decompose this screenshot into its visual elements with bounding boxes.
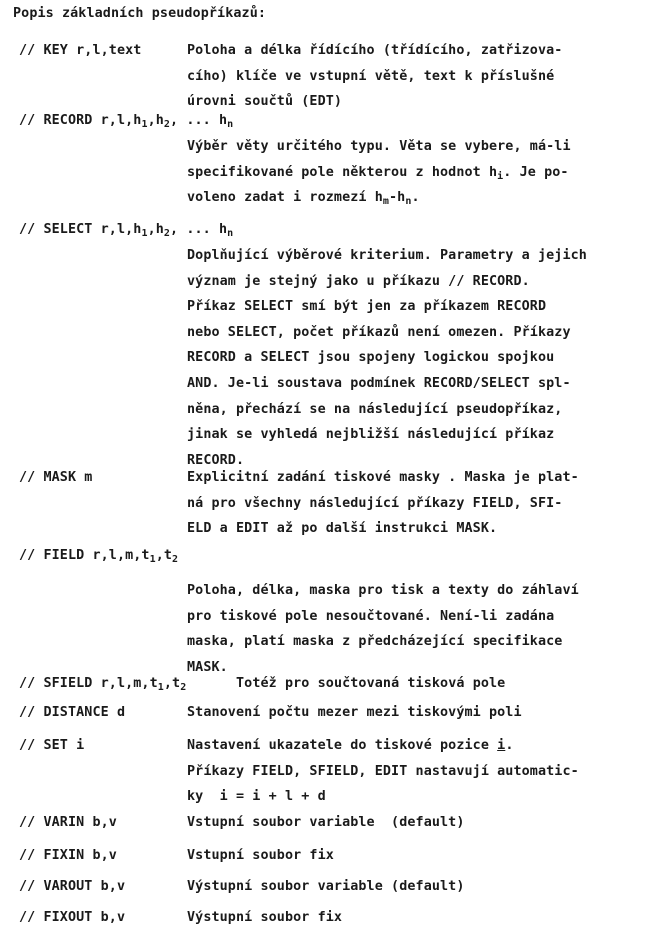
desc-line: Vstupní soubor variable (default) <box>187 810 657 836</box>
command-varin: // VARIN b,v <box>19 810 117 836</box>
desc-line: Stanovení počtu mezer mezi tiskovými pol… <box>187 700 657 726</box>
description-field: Poloha, délka, maska pro tisk a texty do… <box>187 578 657 680</box>
command-record: // RECORD r,l,h1,h2, ... hn <box>19 108 233 134</box>
description-fixin: Vstupní soubor fix <box>187 843 657 869</box>
desc-line: AND. Je-li soustava podmínek RECORD/SELE… <box>187 371 657 397</box>
description-mask: Explicitní zadání tiskové masky . Maska … <box>187 465 657 542</box>
desc-line: specifikované pole některou z hodnot hi.… <box>187 160 657 186</box>
command-varout: // VAROUT b,v <box>19 874 125 900</box>
desc-line: maska, platí maska z předcházející speci… <box>187 629 657 655</box>
command-sfield: // SFIELD r,l,m,t1,t2 <box>19 671 186 697</box>
command-distance: // DISTANCE d <box>19 700 125 726</box>
command-fixout: // FIXOUT b,v <box>19 905 125 931</box>
desc-line: Výstupní soubor variable (default) <box>187 874 657 900</box>
desc-line: pro tiskové pole nesoučtované. Není-li z… <box>187 604 657 630</box>
desc-line: ELD a EDIT až po další instrukci MASK. <box>187 516 657 542</box>
desc-line: Příkaz SELECT smí být jen za příkazem RE… <box>187 294 657 320</box>
desc-line: ná pro všechny následující příkazy FIELD… <box>187 491 657 517</box>
desc-line: voleno zadat i rozmezí hm-hn. <box>187 185 657 211</box>
desc-line: Totéž pro součtovaná tisková pole <box>236 671 663 697</box>
description-record: Výběr věty určitého typu. Věta se vybere… <box>187 134 657 211</box>
desc-line: Vstupní soubor fix <box>187 843 657 869</box>
command-select: // SELECT r,l,h1,h2, ... hn <box>19 217 233 243</box>
desc-line: Doplňující výběrové kriterium. Parametry… <box>187 243 657 269</box>
page-title: Popis základních pseudopříkazů: <box>13 6 266 21</box>
command-field: // FIELD r,l,m,t1,t2 <box>19 543 178 569</box>
command-mask: // MASK m <box>19 465 92 491</box>
desc-line: Příkazy FIELD, SFIELD, EDIT nastavují au… <box>187 759 657 785</box>
desc-line: RECORD a SELECT jsou spojeny logickou sp… <box>187 345 657 371</box>
desc-line: nebo SELECT, počet příkazů není omezen. … <box>187 320 657 346</box>
desc-line: Poloha, délka, maska pro tisk a texty do… <box>187 578 657 604</box>
desc-line: Výběr věty určitého typu. Věta se vybere… <box>187 134 657 160</box>
description-sfield: Totéž pro součtovaná tisková pole <box>236 671 663 697</box>
description-set: Nastavení ukazatele do tiskové pozice i.… <box>187 733 657 810</box>
description-varout: Výstupní soubor variable (default) <box>187 874 657 900</box>
description-varin: Vstupní soubor variable (default) <box>187 810 657 836</box>
desc-line: Výstupní soubor fix <box>187 905 657 931</box>
desc-line: něna, přechází se na následující pseudop… <box>187 397 657 423</box>
description-key: Poloha a délka řídícího (třídícího, zatř… <box>187 38 657 115</box>
command-key: // KEY r,l,text <box>19 38 141 64</box>
description-fixout: Výstupní soubor fix <box>187 905 657 931</box>
desc-line: Nastavení ukazatele do tiskové pozice i. <box>187 733 657 759</box>
command-set: // SET i <box>19 733 84 759</box>
description-distance: Stanovení počtu mezer mezi tiskovými pol… <box>187 700 657 726</box>
command-fixin: // FIXIN b,v <box>19 843 117 869</box>
desc-line: význam je stejný jako u příkazu // RECOR… <box>187 269 657 295</box>
desc-line: jinak se vyhledá nejbližší následující p… <box>187 422 657 448</box>
desc-line: Poloha a délka řídícího (třídícího, zatř… <box>187 38 657 64</box>
desc-line: úrovni součtů (EDT) <box>187 89 657 115</box>
desc-line: ky i = i + l + d <box>187 784 657 810</box>
desc-line: cího) klíče ve vstupní větě, text k přís… <box>187 64 657 90</box>
description-select: Doplňující výběrové kriterium. Parametry… <box>187 243 657 473</box>
desc-line: Explicitní zadání tiskové masky . Maska … <box>187 465 657 491</box>
